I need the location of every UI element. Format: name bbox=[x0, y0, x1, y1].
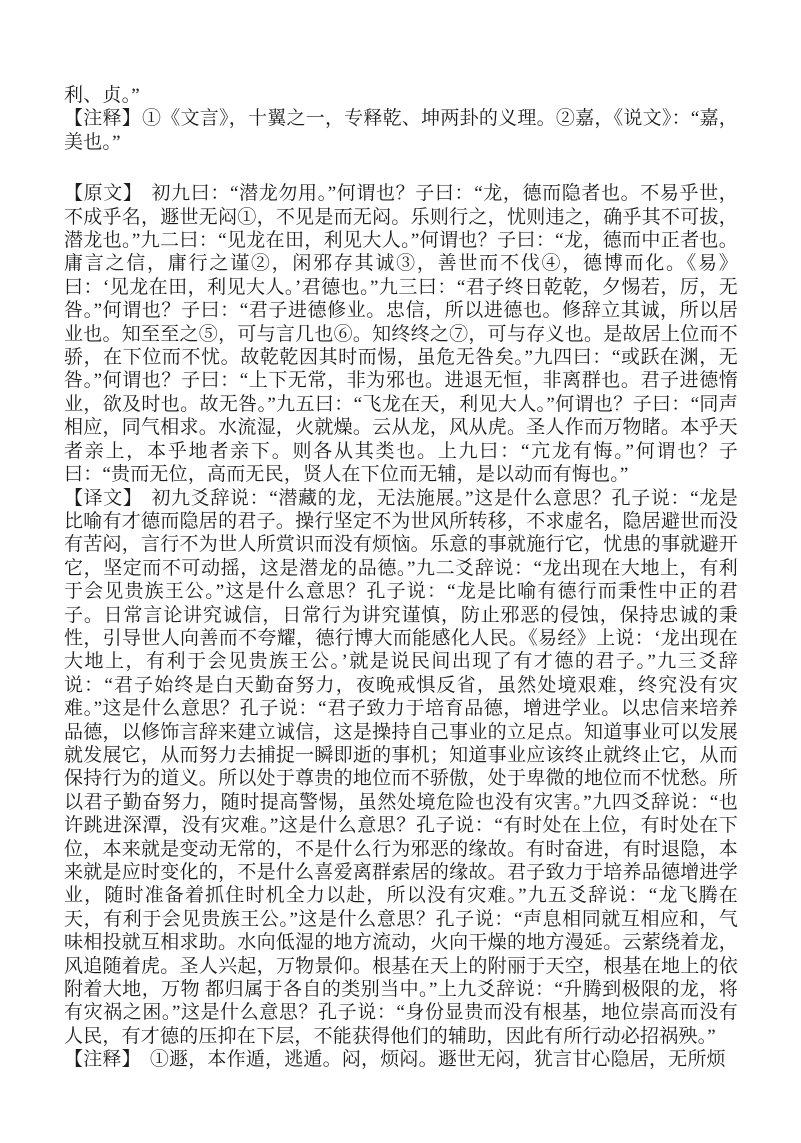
paragraph-annotation-top: 【注释】①《文言》，十翼之一，专释乾、坤两卦的义理。②嘉，《说文》：“嘉，美也。… bbox=[64, 107, 738, 154]
annotation-bottom-text: ①遯，本作遁，逃遁。闷，烦闷。遯世无闷，犹言甘心隐居，无所烦 bbox=[150, 1049, 726, 1070]
annotation-bottom-label: 【注释】 bbox=[64, 1049, 141, 1070]
original-text-label: 【原文】 bbox=[64, 183, 143, 204]
book-page: 利、贞。” 【注释】①《文言》，十翼之一，专释乾、坤两卦的义理。②嘉，《说文》：… bbox=[0, 0, 801, 1143]
original-text-body: 初九曰：“潜龙勿用。”何谓也？子曰：“龙，德而隐者也。不易乎世，不成乎名，遯世无… bbox=[64, 183, 738, 485]
annotation-top-label: 【注释】 bbox=[64, 108, 141, 129]
annotation-top-text: ①《文言》，十翼之一，专释乾、坤两卦的义理。②嘉，《说文》：“嘉，美也。” bbox=[64, 108, 738, 152]
text-block: 利、贞。” 【注释】①《文言》，十翼之一，专释乾、坤两卦的义理。②嘉，《说文》：… bbox=[64, 84, 738, 1072]
paragraph-original-text: 【原文】初九曰：“潜龙勿用。”何谓也？子曰：“龙，德而隐者也。不易乎世，不成乎名… bbox=[64, 182, 738, 486]
paragraph-annotation-bottom: 【注释】①遯，本作遁，逃遁。闷，烦闷。遯世无闷，犹言甘心隐居，无所烦 bbox=[64, 1048, 738, 1071]
continuation-text: 利、贞。” bbox=[64, 85, 140, 106]
paragraph-continuation: 利、贞。” bbox=[64, 84, 738, 107]
paragraph-translation: 【译文】初九爻辞说：“潜藏的龙，无法施展。”这是什么意思？孔子说：“龙是比喻有才… bbox=[64, 487, 738, 1049]
translation-body: 初九爻辞说：“潜藏的龙，无法施展。”这是什么意思？孔子说：“龙是比喻有才德而隐居… bbox=[64, 488, 738, 1047]
translation-label: 【译文】 bbox=[64, 488, 143, 509]
